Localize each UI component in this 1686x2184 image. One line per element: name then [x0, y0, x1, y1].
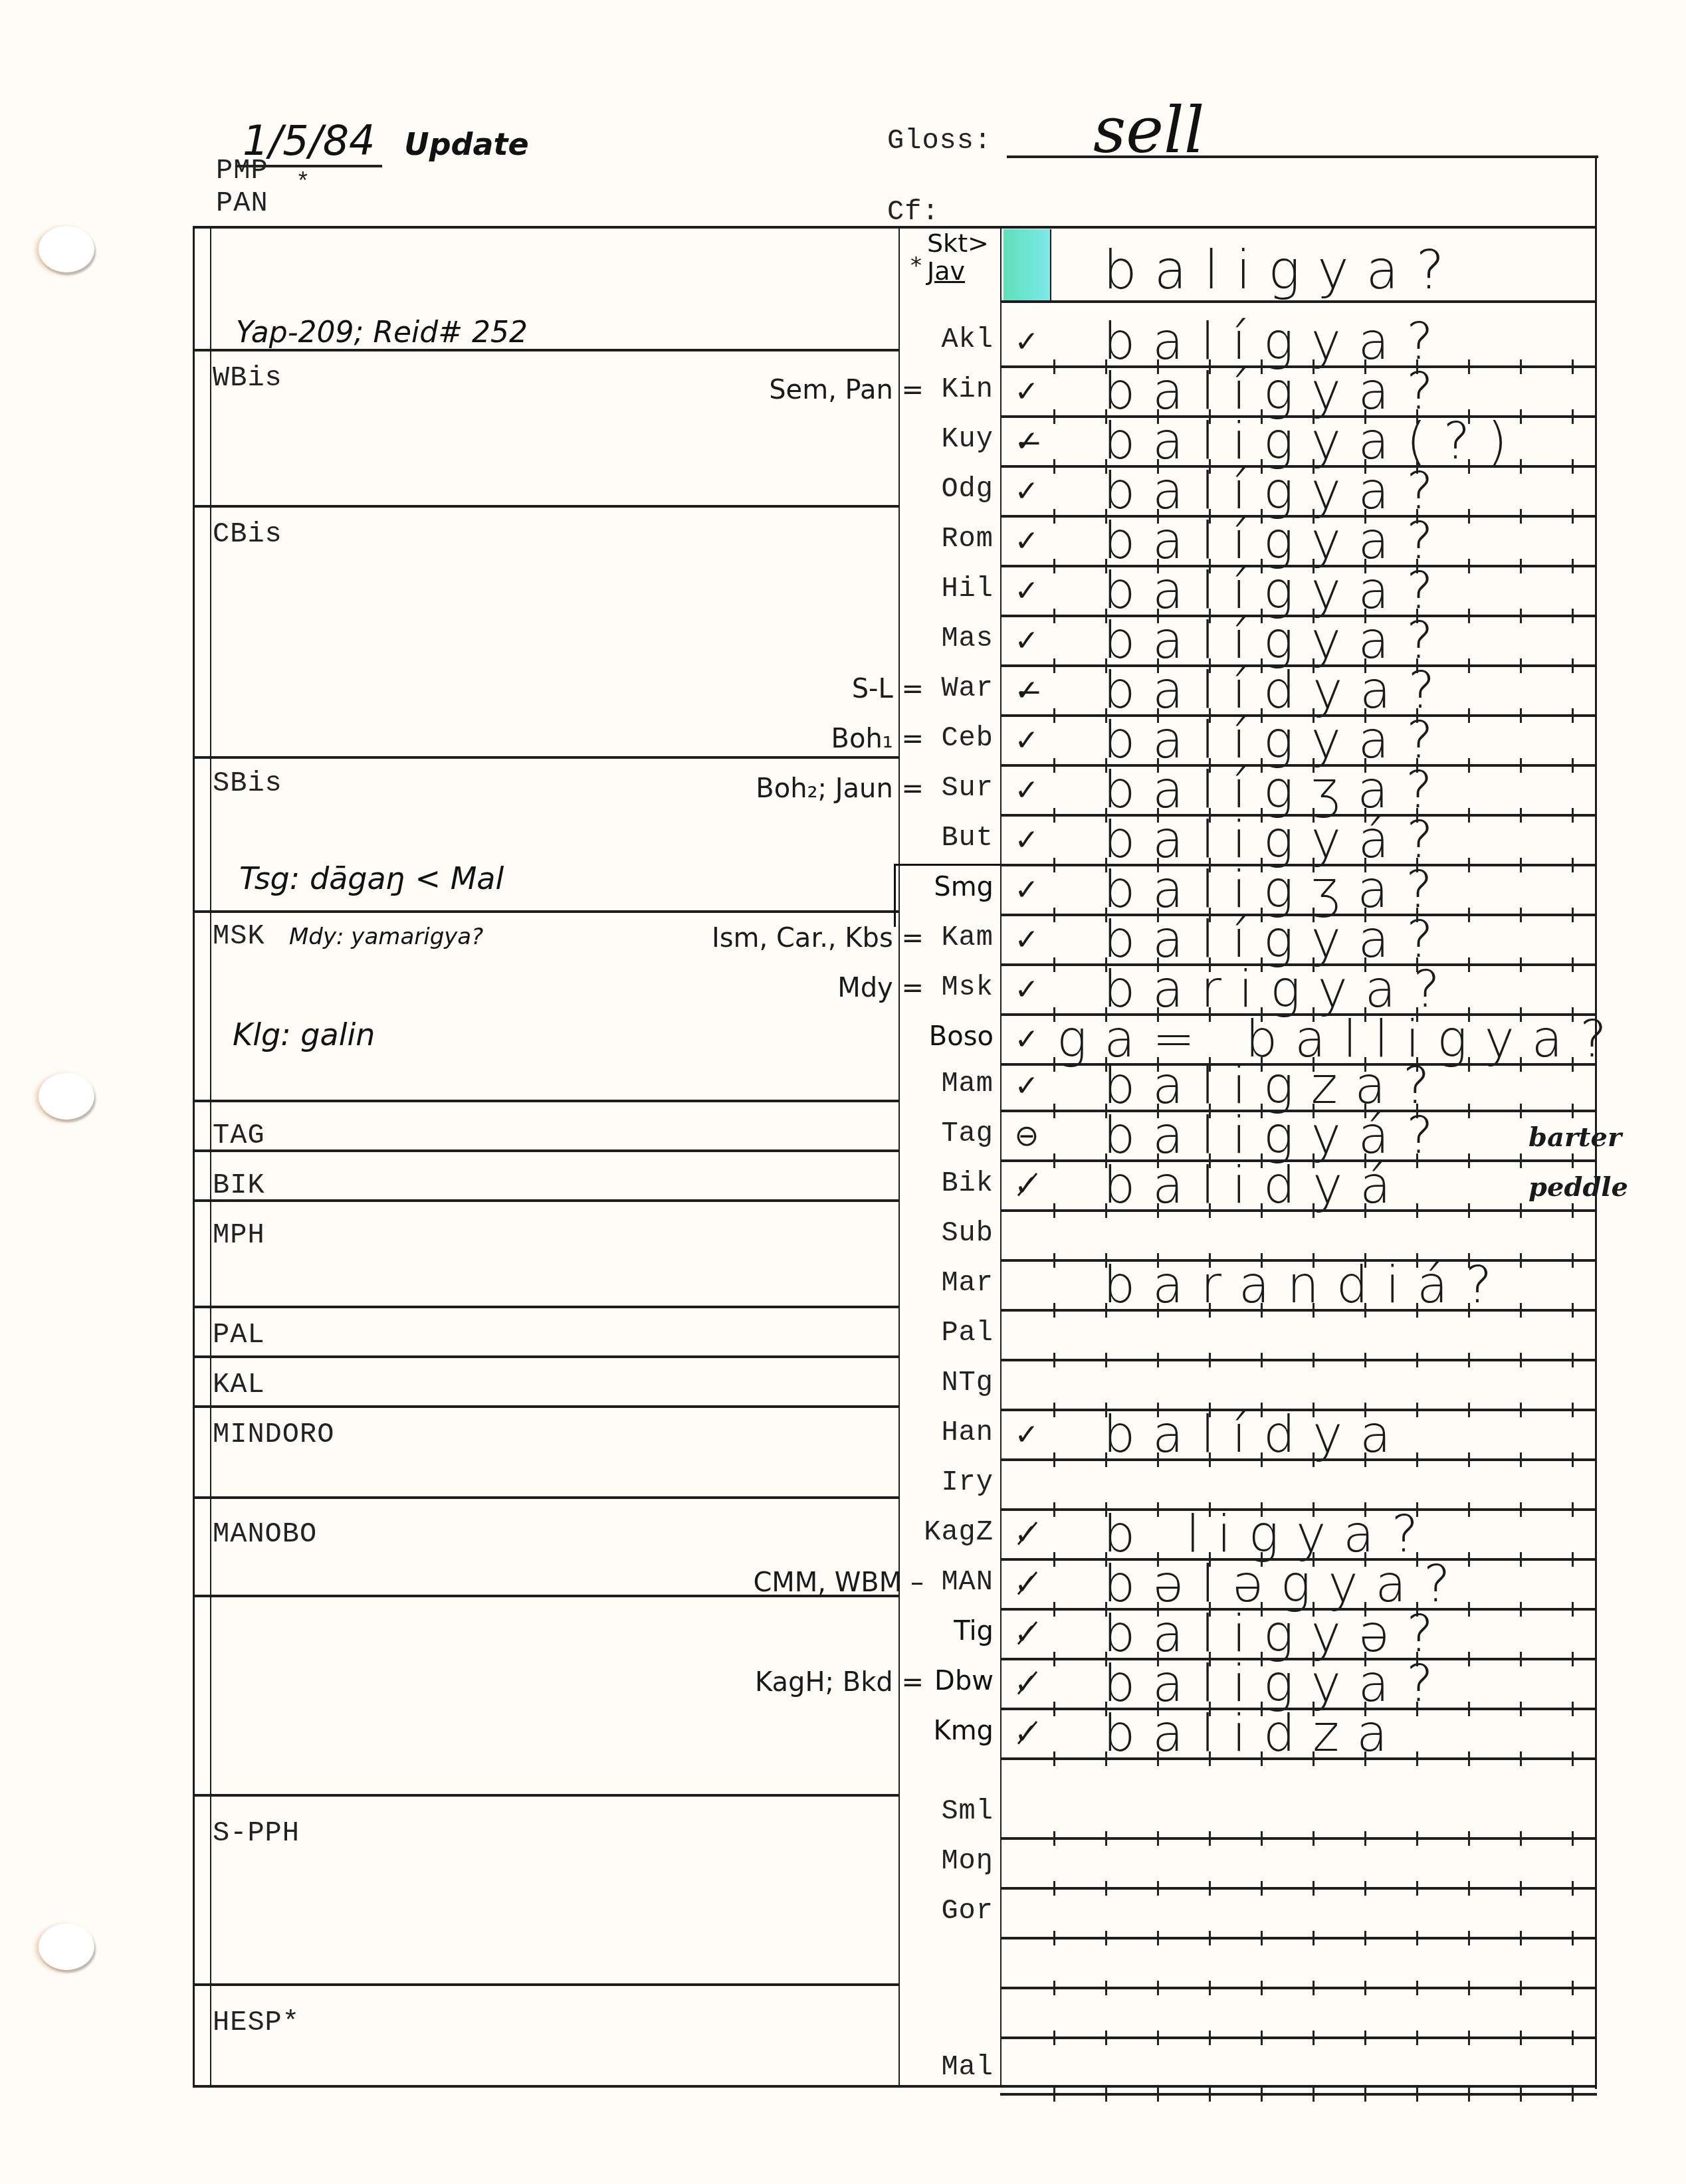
group-separator	[193, 1199, 898, 1202]
grid-tick	[1520, 1881, 1522, 1896]
grid-tick	[1416, 1931, 1418, 1945]
grid-tick	[1572, 808, 1574, 823]
grid-tick	[1416, 1203, 1418, 1218]
grid-tick	[1416, 1303, 1418, 1318]
date-stamp: 1/5/84 Update	[236, 116, 529, 165]
grid-tick	[1313, 1831, 1315, 1846]
reflex-form: balídya	[1103, 1405, 1408, 1464]
grid-tick	[1313, 1353, 1315, 1367]
lang-code: KagZ	[894, 1516, 994, 1548]
grid-tick	[1416, 1452, 1418, 1467]
grid-tick	[1468, 1403, 1470, 1417]
grid-tick	[1520, 1104, 1522, 1118]
grid-tick	[1468, 1931, 1470, 1945]
grid-tick	[1520, 1203, 1522, 1218]
ref-asterisk: *	[910, 252, 922, 279]
group-separator	[193, 349, 898, 351]
grid-tick	[1261, 1353, 1263, 1367]
grid-tick	[1416, 1153, 1418, 1168]
grid-tick	[1468, 1831, 1470, 1846]
grid-tick	[1053, 559, 1055, 573]
grid-tick	[1572, 1253, 1574, 1268]
grid-tick	[1313, 1981, 1315, 1995]
row-baseline	[1000, 1757, 1597, 1760]
grid-tick	[1105, 1881, 1107, 1896]
grid-tick	[1468, 1203, 1470, 1218]
row-baseline	[1000, 2036, 1597, 2039]
grid-tick	[1053, 459, 1055, 474]
grid-tick	[1520, 459, 1522, 474]
grid-tick	[1053, 409, 1055, 424]
grid-tick	[1053, 758, 1055, 773]
grid-tick	[1209, 2031, 1211, 2045]
grid-tick	[1416, 1831, 1418, 1846]
grid-tick	[1520, 509, 1522, 524]
lang-code: Tag	[894, 1118, 994, 1149]
grid-tick	[1520, 808, 1522, 823]
row-baseline	[1000, 1359, 1597, 1361]
grid-tick	[1416, 1881, 1418, 1896]
grid-tick	[1053, 1007, 1055, 1022]
grid-tick	[1520, 1981, 1522, 1995]
group-label-spph: S-PPH	[213, 1817, 300, 1849]
grid-tick	[1209, 2087, 1211, 2102]
grid-tick	[1261, 2031, 1263, 2045]
grid-tick	[1572, 1881, 1574, 1896]
check-mark-icon: ✓	[1010, 624, 1043, 658]
grid-tick	[1416, 1981, 1418, 1995]
lang-code: Bik	[894, 1167, 994, 1199]
grid-tick	[1572, 908, 1574, 922]
grid-tick	[1053, 957, 1055, 972]
grid-tick	[1053, 1452, 1055, 1467]
grid-tick	[1468, 808, 1470, 823]
gloss-tag: barter	[1528, 1122, 1622, 1153]
grid-tick	[1572, 1403, 1574, 1417]
lang-code: Moŋ	[894, 1845, 994, 1877]
lang-code: Mal	[894, 2051, 994, 2083]
group-separator	[193, 1983, 898, 1986]
grid-tick	[1105, 1303, 1107, 1318]
grid-tick	[1572, 359, 1574, 374]
grid-tick	[1520, 359, 1522, 374]
grid-tick	[1520, 708, 1522, 723]
grid-tick	[1364, 2087, 1366, 2102]
grid-tick	[1209, 1831, 1211, 1846]
grid-tick	[1572, 559, 1574, 573]
grid-tick	[1053, 1253, 1055, 1268]
grid-tick	[1053, 1104, 1055, 1118]
grid-tick	[1416, 1403, 1418, 1417]
lang-code: Gor	[894, 1895, 994, 1927]
grid-tick	[1105, 1981, 1107, 1995]
grid-tick	[1572, 1057, 1574, 1072]
grid-tick	[1468, 1303, 1470, 1318]
group-label-mph: MPH	[213, 1219, 265, 1251]
lang-code: NTg	[894, 1367, 994, 1399]
grid-tick	[1572, 609, 1574, 623]
group-separator	[193, 1355, 898, 1358]
grid-tick	[1572, 1502, 1574, 1517]
grid-tick	[1520, 1652, 1522, 1666]
group-label-kal: KAL	[213, 1369, 265, 1401]
grid-tick	[1520, 559, 1522, 573]
grid-tick	[1157, 1931, 1159, 1945]
grid-tick	[1261, 1881, 1263, 1896]
grid-tick	[1053, 1303, 1055, 1318]
group-label-manobo: MANOBO	[213, 1518, 317, 1550]
grid-tick	[1053, 708, 1055, 723]
grid-tick	[1572, 1931, 1574, 1945]
lang-code: Han	[894, 1417, 994, 1448]
grid-tick	[1209, 1303, 1211, 1318]
cf-label: Cf:	[887, 196, 940, 228]
group-label-cbis: CBis	[213, 518, 282, 550]
grid-tick	[1105, 1831, 1107, 1846]
grid-tick	[1468, 858, 1470, 872]
grid-tick	[1572, 1353, 1574, 1367]
row-baseline	[1000, 1837, 1597, 1840]
ref-col-divider	[1050, 229, 1051, 302]
pan-label: PAN	[216, 187, 268, 219]
check-mark-icon: ⊖	[1010, 1119, 1043, 1153]
grid-tick	[1053, 1353, 1055, 1367]
group-label-msk: MSK	[213, 920, 265, 952]
grid-tick	[1053, 1931, 1055, 1945]
check-mark-icon: ✓	[1010, 524, 1043, 558]
grid-tick	[1572, 708, 1574, 723]
grid-tick	[1053, 609, 1055, 623]
lang-code: Boso	[894, 1021, 994, 1052]
grid-tick	[1468, 1652, 1470, 1666]
row-baseline	[1000, 1987, 1597, 1989]
group-separator	[193, 756, 898, 759]
grid-tick	[1053, 1831, 1055, 1846]
grid-tick	[1261, 1751, 1263, 1766]
grid-tick	[1468, 2031, 1470, 2045]
group-separator	[193, 910, 898, 913]
grid-tick	[1209, 1452, 1211, 1467]
grid-tick	[1468, 1104, 1470, 1118]
grid-tick	[1572, 509, 1574, 524]
grid-tick	[1468, 1452, 1470, 1467]
check-mark-icon: ✓	[1010, 1418, 1043, 1452]
grid-tick	[1053, 1153, 1055, 1168]
grid-tick	[1261, 1303, 1263, 1318]
check-mark-icon: ✓	[1010, 923, 1043, 957]
grid-tick	[1572, 858, 1574, 872]
grid-tick	[1105, 1353, 1107, 1367]
lang-code: Iry	[894, 1466, 994, 1498]
grid-tick	[1364, 1981, 1366, 1995]
grid-tick	[1468, 1502, 1470, 1517]
check-mark-icon: ✓̸	[1010, 1717, 1043, 1751]
group-separator	[193, 1496, 898, 1499]
grid-tick	[1053, 858, 1055, 872]
gloss-tag: peddle	[1528, 1171, 1628, 1203]
lang-code: Rom	[894, 523, 994, 555]
grid-tick	[1313, 1203, 1315, 1218]
lang-code: But	[894, 822, 994, 854]
grid-tick	[1364, 1881, 1366, 1896]
grid-tick	[1520, 658, 1522, 673]
note-tsg: Tsg: dāgaŋ < Mal	[239, 860, 504, 896]
equivalence-note: S-L =	[852, 674, 924, 704]
grid-tick	[1520, 1403, 1522, 1417]
grid-tick	[1416, 1702, 1418, 1716]
equivalence-note: Sem, Pan =	[769, 375, 924, 405]
check-mark-icon: ✓	[1010, 1069, 1043, 1103]
gloss-value: sell	[1093, 93, 1204, 167]
grid-tick	[1053, 1652, 1055, 1666]
grid-tick	[1364, 1303, 1366, 1318]
ref-code-skt: Skt>	[927, 229, 989, 257]
check-mark-icon: ✓	[1010, 375, 1043, 409]
check-mark-icon: ✓̶	[1010, 674, 1043, 708]
ref-row-bottom	[1000, 300, 1597, 303]
code-col-right	[1000, 226, 1001, 2086]
grid-tick	[1468, 1751, 1470, 1766]
reflex-form: barandiá?	[1103, 1255, 1509, 1314]
grid-tick	[1157, 1452, 1159, 1467]
grid-tick	[1261, 1452, 1263, 1467]
grid-tick	[1053, 1881, 1055, 1896]
grid-tick	[1053, 1403, 1055, 1417]
grid-tick	[1157, 1751, 1159, 1766]
check-mark-icon: ✓̸	[1010, 1518, 1043, 1551]
grid-tick	[1157, 1981, 1159, 1995]
grid-tick	[1468, 1602, 1470, 1617]
grid-tick	[1364, 1831, 1366, 1846]
grid-tick	[1520, 957, 1522, 972]
binder-hole-middle	[39, 1073, 94, 1120]
grid-tick	[1520, 858, 1522, 872]
grid-tick	[1468, 658, 1470, 673]
grid-tick	[1520, 1502, 1522, 1517]
grid-tick	[1416, 1353, 1418, 1367]
group-label-hesp: HESP*	[213, 2007, 300, 2038]
grid-tick	[1053, 908, 1055, 922]
group-label-mindoro: MINDORO	[213, 1419, 334, 1450]
check-mark-icon: ✓	[1010, 474, 1043, 508]
grid-tick	[1053, 509, 1055, 524]
lang-code: Akl	[894, 324, 994, 355]
grid-tick	[1157, 2031, 1159, 2045]
grid-tick	[1313, 1881, 1315, 1896]
grid-tick	[1261, 1981, 1263, 1995]
grid-tick	[1520, 2087, 1522, 2102]
smg-bracket	[894, 864, 1000, 866]
grid-tick	[1520, 758, 1522, 773]
lang-code: Kmg	[894, 1716, 994, 1746]
grid-tick	[1572, 658, 1574, 673]
grid-tick	[1468, 708, 1470, 723]
grid-tick	[1572, 1303, 1574, 1318]
group-separator	[193, 505, 898, 508]
grid-tick	[1468, 609, 1470, 623]
check-mark-icon: ✓̸	[1010, 1567, 1043, 1601]
lang-code: Mar	[894, 1267, 994, 1299]
group-separator	[193, 1794, 898, 1797]
grid-tick	[1157, 1353, 1159, 1367]
reflex-form: balidyá	[1103, 1155, 1408, 1215]
equivalence-note: Mdy =	[837, 973, 924, 1003]
grid-tick	[1572, 1452, 1574, 1467]
check-mark-icon: ✓̸	[1010, 1617, 1043, 1651]
grid-tick	[1520, 1452, 1522, 1467]
reflex-form: balidza	[1103, 1704, 1405, 1763]
grid-tick	[1520, 1057, 1522, 1072]
grid-tick	[1313, 1751, 1315, 1766]
grid-tick	[1053, 1751, 1055, 1766]
group-label-bik: BIK	[213, 1169, 265, 1201]
group-label-tag: TAG	[213, 1120, 265, 1151]
check-mark-icon: ✓	[1010, 823, 1043, 857]
grid-tick	[1313, 1303, 1315, 1318]
smg-bracket-side	[894, 864, 896, 927]
grid-tick	[1468, 1153, 1470, 1168]
note-yap-reid: Yap-209; Reid# 252	[236, 316, 528, 349]
lang-code: Kuy	[894, 423, 994, 455]
grid-tick	[1468, 1881, 1470, 1896]
note-mdy: Mdy: yamarigya?	[289, 924, 483, 950]
grid-tick	[1053, 2031, 1055, 2045]
check-mark-icon: ✓	[1010, 724, 1043, 757]
grid-tick	[1209, 1981, 1211, 1995]
grid-tick	[1520, 1353, 1522, 1367]
grid-tick	[1313, 1931, 1315, 1945]
grid-tick	[1105, 1751, 1107, 1766]
ref-form: baligya?	[1103, 239, 1461, 301]
grid-tick	[1157, 1831, 1159, 1846]
grid-tick	[1053, 2087, 1055, 2102]
grid-tick	[1572, 957, 1574, 972]
grid-tick	[1416, 1751, 1418, 1766]
ref-code-jav: Jav	[927, 257, 989, 285]
grid-tick	[1520, 1602, 1522, 1617]
grid-tick	[1468, 1702, 1470, 1716]
grid-tick	[1261, 1931, 1263, 1945]
grid-tick	[1572, 1602, 1574, 1617]
table-top-border	[193, 226, 1597, 229]
grid-tick	[1572, 459, 1574, 474]
grid-tick	[1572, 1751, 1574, 1766]
grid-tick	[1520, 1931, 1522, 1945]
grid-tick	[1053, 1981, 1055, 1995]
gloss-label: Gloss:	[887, 125, 992, 157]
grid-tick	[1313, 2087, 1315, 2102]
row-baseline	[1000, 1887, 1597, 1890]
lang-code: Odg	[894, 473, 994, 505]
grid-tick	[1468, 2087, 1470, 2102]
check-mark-icon: ✓	[1010, 574, 1043, 608]
grid-tick	[1364, 2031, 1366, 2045]
grid-tick	[1520, 1303, 1522, 1318]
group-separator	[193, 1405, 898, 1408]
row-baseline	[1000, 1209, 1597, 1212]
grid-tick	[1468, 1981, 1470, 1995]
grid-tick	[1053, 1502, 1055, 1517]
grid-tick	[1468, 758, 1470, 773]
grid-tick	[1261, 1831, 1263, 1846]
row-baseline	[1000, 2093, 1597, 2096]
grid-tick	[1468, 908, 1470, 922]
pmp-asterisk: *	[296, 169, 311, 197]
grid-tick	[1105, 2031, 1107, 2045]
grid-tick	[1572, 1702, 1574, 1716]
grid-tick	[1572, 1203, 1574, 1218]
row-baseline	[1000, 1937, 1597, 1939]
grid-tick	[1520, 1751, 1522, 1766]
grid-tick	[1572, 758, 1574, 773]
grid-tick	[1520, 2031, 1522, 2045]
grid-tick	[1053, 1602, 1055, 1617]
grid-tick	[1468, 559, 1470, 573]
grid-tick	[1468, 1057, 1470, 1072]
highlight-cell	[1003, 229, 1050, 301]
lang-code: Pal	[894, 1317, 994, 1349]
lang-code: Mas	[894, 623, 994, 654]
grid-tick	[1209, 1931, 1211, 1945]
grid-tick	[1520, 609, 1522, 623]
grid-tick	[1364, 1931, 1366, 1945]
grid-tick	[1364, 1452, 1366, 1467]
grid-tick	[1468, 1552, 1470, 1567]
grid-tick	[1572, 1981, 1574, 1995]
ref-code: Skt> Jav	[927, 229, 989, 285]
grid-tick	[1572, 1552, 1574, 1567]
grid-tick	[1468, 1353, 1470, 1367]
group-separator	[193, 1149, 898, 1152]
grid-tick	[1520, 1552, 1522, 1567]
check-mark-icon: ✓	[1010, 1023, 1043, 1056]
grid-tick	[1416, 2031, 1418, 2045]
grid-tick	[1520, 1253, 1522, 1268]
grid-tick	[1105, 1931, 1107, 1945]
grid-tick	[1572, 2031, 1574, 2045]
grid-tick	[1157, 1881, 1159, 1896]
binder-hole-bottom	[39, 1924, 94, 1970]
row-baseline	[1000, 1458, 1597, 1461]
grid-tick	[1572, 1104, 1574, 1118]
grid-tick	[1416, 2087, 1418, 2102]
check-mark-icon: ✓	[1010, 873, 1043, 907]
row-baseline	[1000, 1309, 1597, 1312]
grid-tick	[1520, 1702, 1522, 1716]
equivalence-note: Boh₂; Jaun =	[756, 773, 924, 804]
grid-tick	[1157, 1303, 1159, 1318]
grid-tick	[1520, 908, 1522, 922]
grid-tick	[1572, 409, 1574, 424]
equivalence-note: Boh₁ =	[831, 724, 924, 754]
lang-code: Smg	[894, 872, 994, 902]
grid-tick	[1053, 1702, 1055, 1716]
grid-tick	[1053, 1057, 1055, 1072]
grid-tick	[1468, 957, 1470, 972]
grid-tick	[1520, 1831, 1522, 1846]
grid-tick	[1468, 359, 1470, 374]
equivalence-note: CMM, WBM –	[753, 1567, 924, 1598]
lang-code: Hil	[894, 573, 994, 605]
group-label-pal: PAL	[213, 1319, 265, 1351]
grid-tick	[1572, 1153, 1574, 1168]
grid-tick	[1053, 808, 1055, 823]
lang-code: Sub	[894, 1217, 994, 1249]
grid-tick	[1053, 1203, 1055, 1218]
grid-tick	[1364, 1751, 1366, 1766]
grid-tick	[1520, 1153, 1522, 1168]
lang-code: Tig	[894, 1616, 994, 1646]
